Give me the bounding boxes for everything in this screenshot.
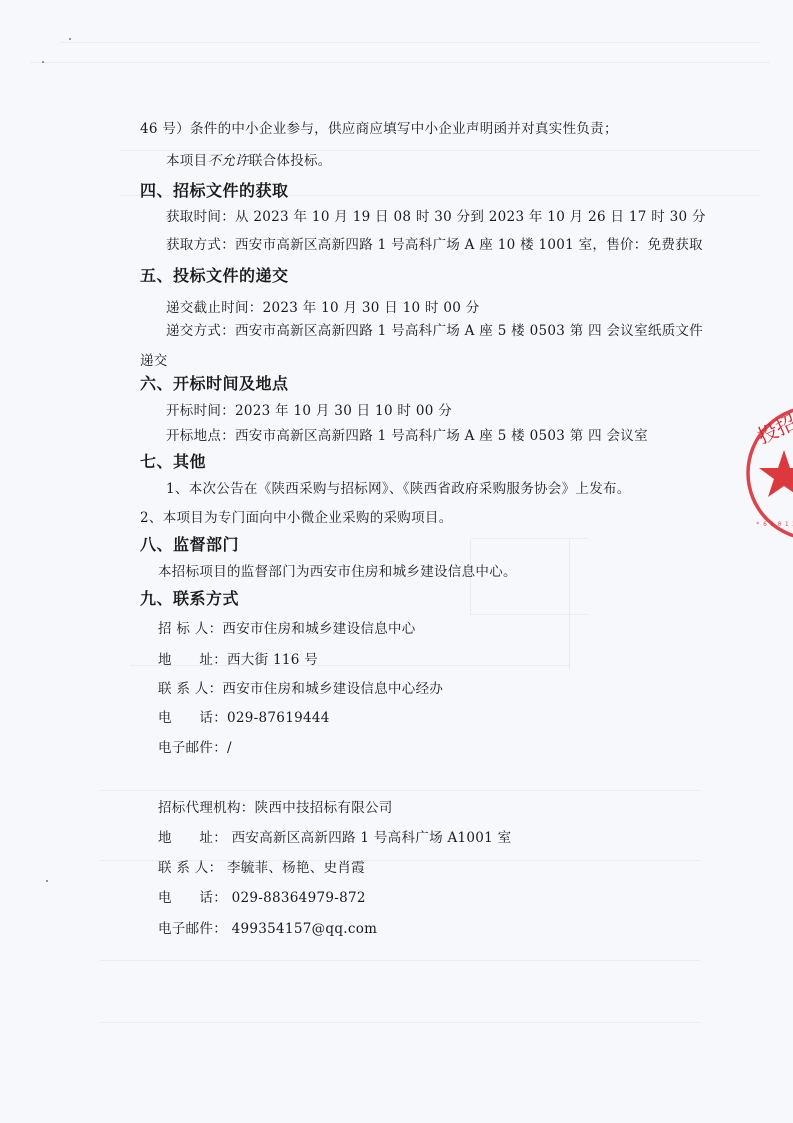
show-through-line — [120, 150, 760, 151]
tenderer-name-row: 招 标 人：西安市住房和城乡建设信息中心 — [158, 620, 416, 638]
show-through-line — [30, 62, 770, 63]
show-through-line — [100, 1022, 700, 1023]
show-through-line — [470, 614, 588, 615]
opening-location: 开标地点：西安市高新区高新四路 1 号高科广场 A 座 5 楼 0503 第 四… — [166, 427, 648, 445]
supervision-text: 本招标项目的监督部门为西安市住房和城乡建设信息中心。 — [158, 563, 517, 581]
agency-name-row: 招标代理机构：陕西中技招标有限公司 — [158, 799, 393, 817]
tenderer-email-label: 电子邮件： — [158, 740, 227, 756]
show-through-line — [100, 960, 700, 961]
agency-address-label: 地 址： — [158, 830, 227, 846]
section-heading-7: 七、其他 — [140, 452, 206, 472]
tenderer-contact-label: 联 系 人： — [158, 681, 222, 697]
agency-name: 陕西中技招标有限公司 — [255, 800, 393, 816]
consortium-emphasis: 不允许 — [207, 153, 248, 169]
agency-phone-row: 电 话： 029-88364979-872 — [158, 889, 366, 907]
continuation-text: 46 号）条件的中小企业参与，供应商应填写中小企业声明函并对真实性负责； — [140, 120, 618, 138]
tenderer-email-row: 电子邮件：/ — [158, 739, 232, 757]
show-through-line — [100, 790, 700, 791]
tenderer-address: 西大街 116 号 — [227, 652, 318, 668]
submission-method-cont: 递交 — [140, 352, 168, 370]
agency-address: 西安高新区高新四路 1 号高科广场 A1001 室 — [232, 830, 512, 846]
svg-text:* 6 1 0 1 3 1 1: * 6 1 0 1 3 1 1 — [756, 521, 793, 528]
consortium-statement: 本项目不允许联合体投标。 — [166, 152, 332, 170]
agency-phone-label: 电 话： — [158, 890, 227, 906]
opening-time: 开标时间：2023 年 10 月 30 日 10 时 00 分 — [166, 402, 452, 420]
section-heading-9: 九、联系方式 — [140, 589, 239, 609]
agency-contact-label: 联 系 人： — [158, 860, 222, 876]
agency-address-row: 地 址： 西安高新区高新四路 1 号高科广场 A1001 室 — [158, 829, 511, 847]
tenderer-address-row: 地 址：西大街 116 号 — [158, 651, 318, 669]
tenderer-name: 西安市住房和城乡建设信息中心 — [222, 621, 415, 637]
section-heading-8: 八、监督部门 — [140, 535, 239, 555]
section-heading-4: 四、招标文件的获取 — [140, 181, 289, 201]
scan-speck — [42, 61, 44, 63]
scan-speck — [69, 38, 71, 40]
tenderer-phone-label: 电 话： — [158, 710, 227, 726]
tenderer-contact-row: 联 系 人：西安市住房和城乡建设信息中心经办 — [158, 680, 443, 698]
agency-name-label: 招标代理机构： — [158, 800, 255, 816]
other-item-2: 2、本项目为专门面向中小微企业采购的采购项目。 — [140, 509, 453, 527]
consortium-suffix: 联合体投标。 — [249, 153, 332, 169]
seal-text: 投招 — [754, 410, 793, 449]
submission-method: 递交方式：西安市高新区高新四路 1 号高科广场 A 座 5 楼 0503 第 四… — [166, 322, 703, 340]
tenderer-name-label: 招 标 人： — [158, 621, 222, 637]
show-through-line — [470, 538, 588, 539]
section-heading-5: 五、投标文件的递交 — [140, 266, 289, 286]
tenderer-email: / — [227, 740, 232, 756]
tenderer-phone-row: 电 话：029-87619444 — [158, 709, 330, 727]
show-through-line — [569, 540, 570, 670]
agency-contact: 李毓菲、杨艳、史肖霞 — [227, 860, 365, 876]
tenderer-phone: 029-87619444 — [227, 710, 330, 726]
acquisition-method: 获取方式：西安市高新区高新四路 1 号高科广场 A 座 10 楼 1001 室，… — [166, 236, 703, 254]
agency-phone: 029-88364979-872 — [232, 890, 366, 906]
show-through-line — [60, 42, 760, 43]
official-seal-stamp: 投招 * 6 1 0 1 3 1 1 — [742, 398, 793, 548]
section-heading-6: 六、开标时间及地点 — [140, 374, 289, 394]
tenderer-contact: 西安市住房和城乡建设信息中心经办 — [222, 681, 443, 697]
scan-speck — [46, 880, 48, 882]
tenderer-address-label: 地 址： — [158, 652, 227, 668]
seal-icon: 投招 * 6 1 0 1 3 1 1 — [742, 398, 793, 548]
agency-email-row: 电子邮件： 499354157@qq.com — [158, 920, 377, 938]
document-page: 46 号）条件的中小企业参与，供应商应填写中小企业声明函并对真实性负责； 本项目… — [0, 0, 793, 1123]
submission-deadline: 递交截止时间：2023 年 10 月 30 日 10 时 00 分 — [166, 299, 480, 317]
consortium-prefix: 本项目 — [166, 153, 207, 169]
agency-email-label: 电子邮件： — [158, 921, 227, 937]
other-item-1: 1、本次公告在《陕西采购与招标网》、《陕西省政府采购服务协会》上发布。 — [166, 480, 631, 498]
acquisition-time: 获取时间：从 2023 年 10 月 19 日 08 时 30 分到 2023 … — [166, 208, 706, 226]
agency-email: 499354157@qq.com — [232, 921, 378, 937]
agency-contact-row: 联 系 人： 李毓菲、杨艳、史肖霞 — [158, 859, 365, 877]
